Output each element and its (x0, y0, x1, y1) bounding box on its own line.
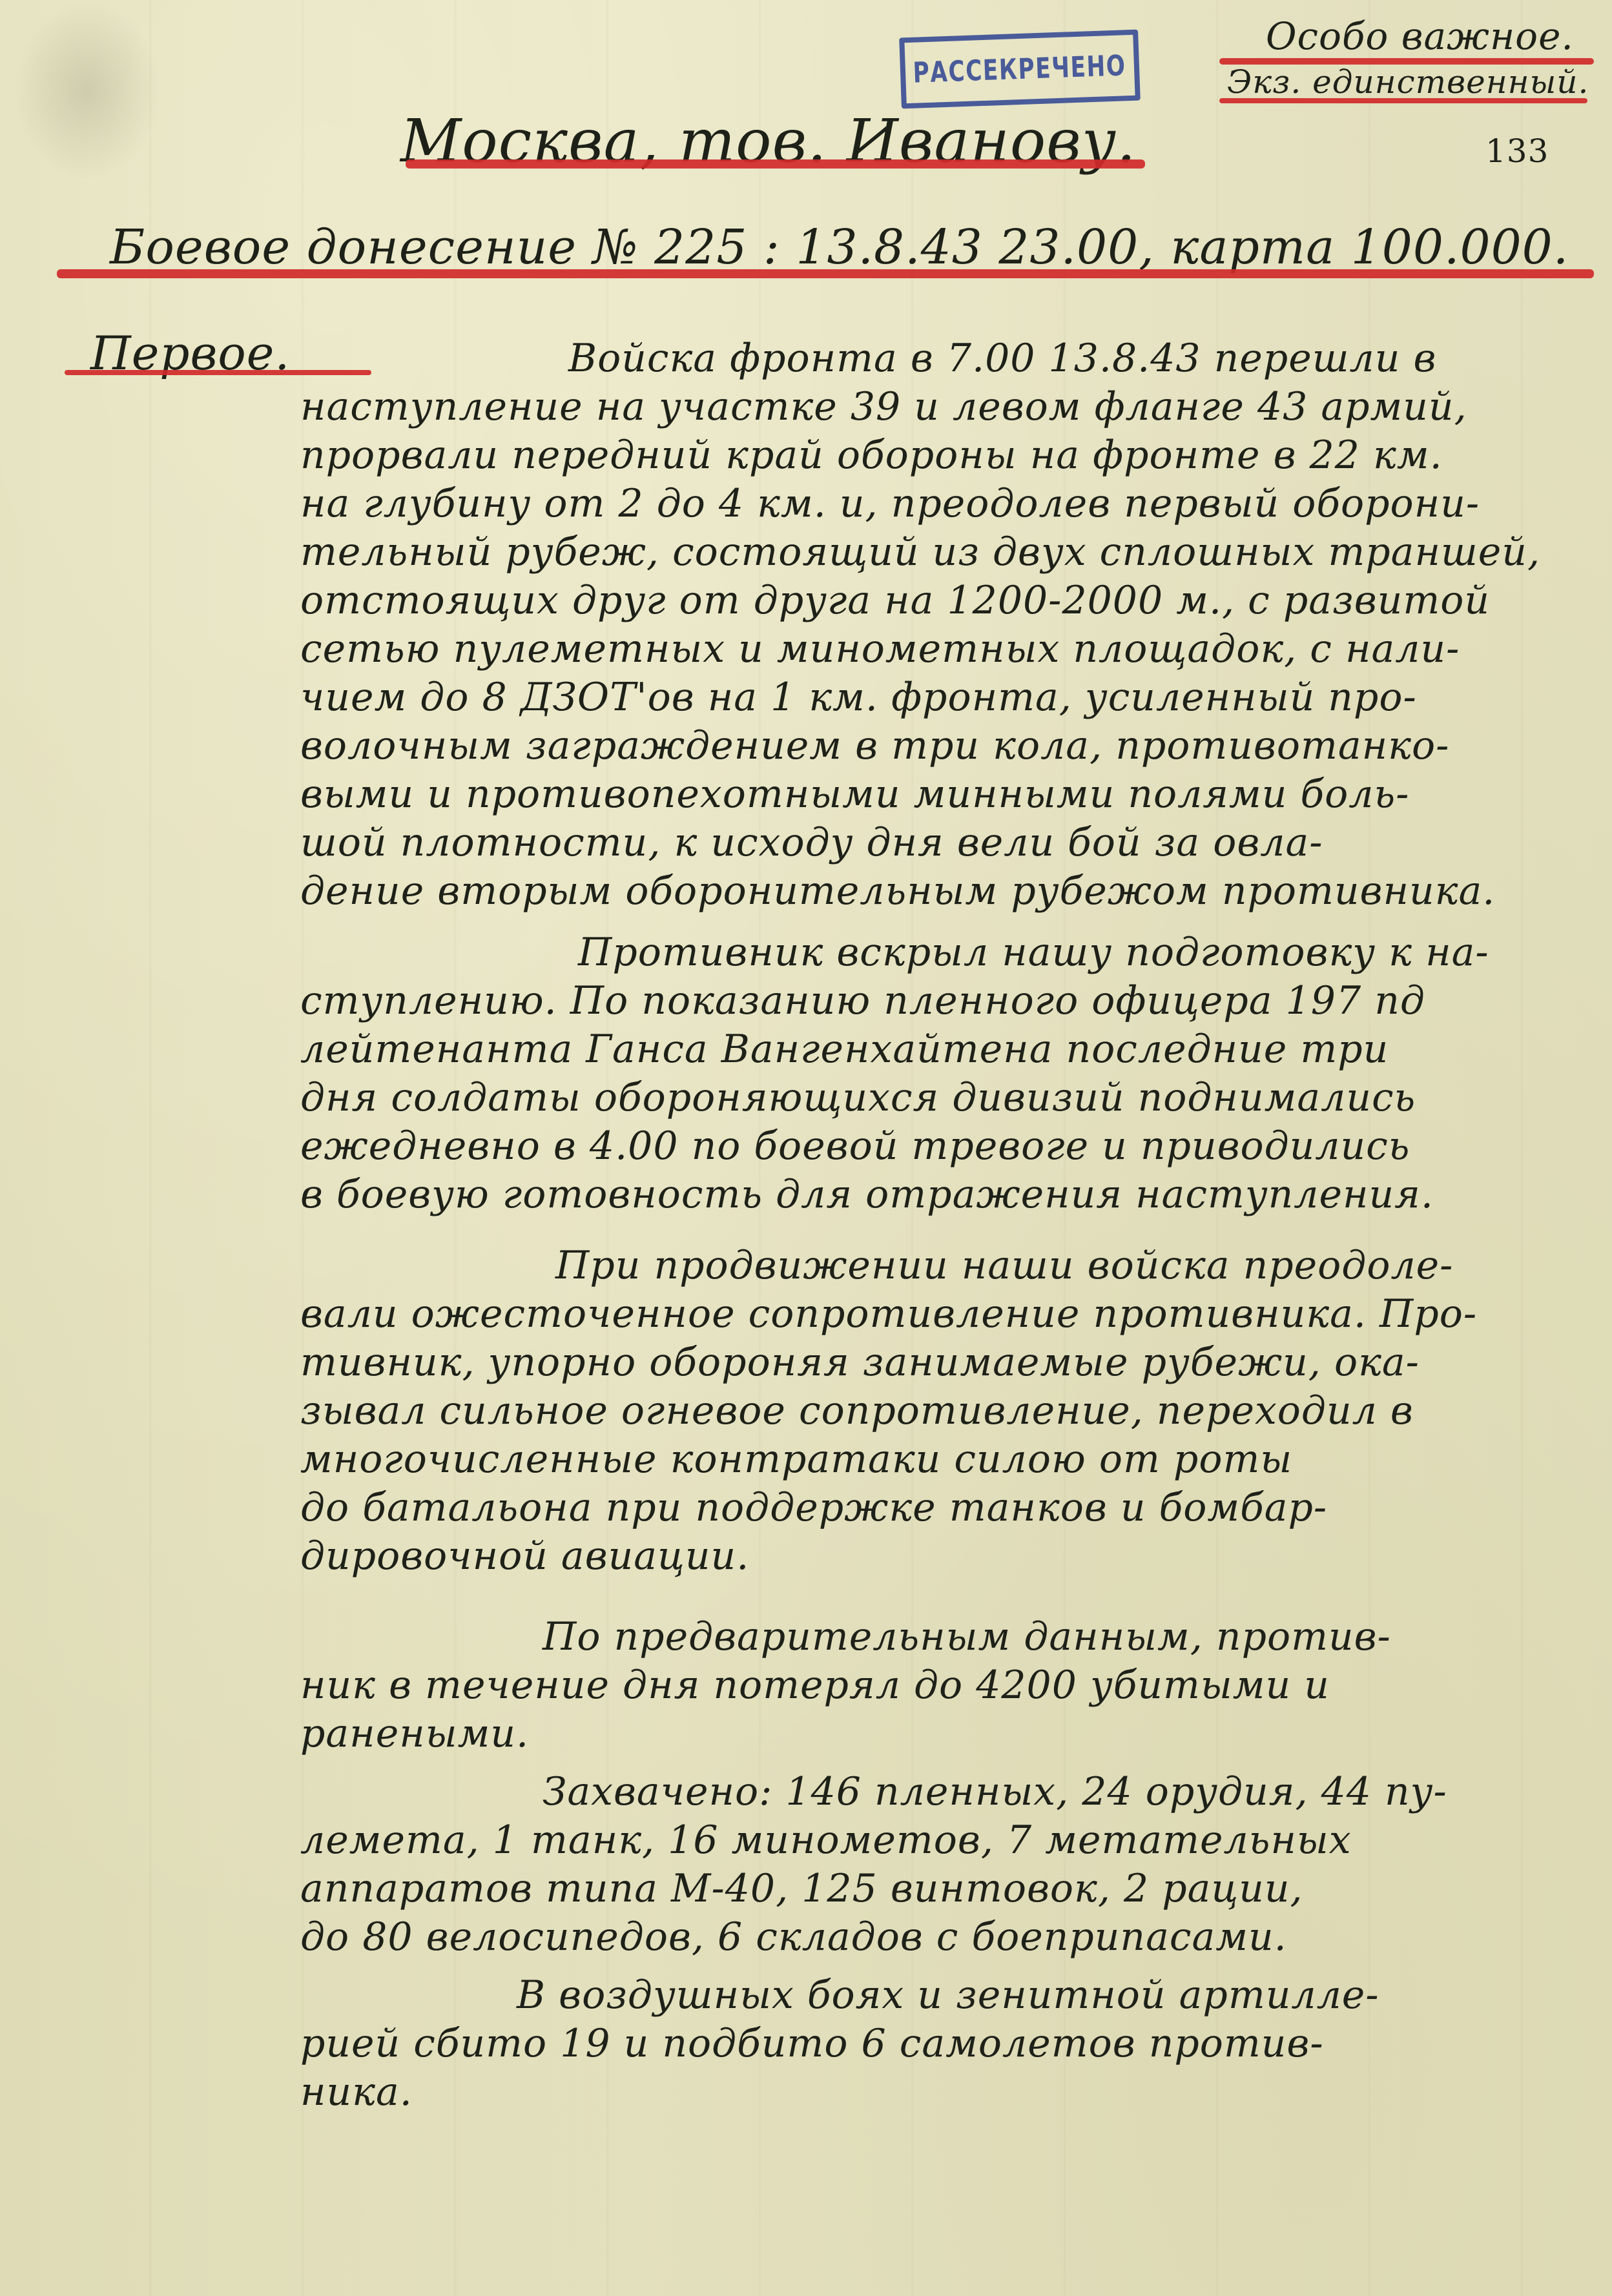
body-line: ступлению. По показанию пленного офицера… (300, 978, 1425, 1023)
body-line: наступление на участке 39 и левом фланге… (300, 384, 1467, 429)
body-line: вали ожесточенное сопротивление противни… (300, 1291, 1477, 1337)
body-line: ежедневно в 4.00 по боевой тревоге и при… (300, 1123, 1410, 1169)
body-line: Войска фронта в 7.00 13.8.43 перешли в (568, 336, 1436, 381)
body-line: до 80 велосипедов, 6 складов с боеприпас… (300, 1914, 1287, 1960)
body-line: сетью пулеметных и минометных площадок, … (300, 626, 1460, 671)
body-line: Захвачено: 146 пленных, 24 орудия, 44 пу… (542, 1769, 1447, 1814)
classification-label: Особо важное. (1266, 14, 1574, 58)
body-line: зывал сильное огневое сопротивление, пер… (300, 1388, 1414, 1433)
body-line: лемета, 1 танк, 16 минометов, 7 метатель… (300, 1818, 1352, 1863)
body-line: дение вторым оборонительным рубежом прот… (300, 868, 1495, 914)
body-line: выми и противопехотными минными полями б… (300, 772, 1409, 817)
body-line: рией сбито 19 и подбито 6 самолетов прот… (300, 2021, 1324, 2066)
body-line: тивник, упорно обороняя занимаемые рубеж… (300, 1340, 1420, 1385)
body-line: многочисленные контратаки силою от роты (300, 1437, 1292, 1482)
body-line: В воздушных боях и зенитной артилле- (517, 1973, 1379, 2018)
body-line: ранеными. (300, 1711, 529, 1756)
page-number: 133 (1485, 132, 1549, 170)
body-line: отстоящих друг от друга на 1200-2000 м.,… (300, 578, 1490, 623)
ink-smudge (13, 0, 161, 181)
body-line: ник в течение дня потерял до 4200 убитым… (300, 1663, 1330, 1708)
body-line: в боевую готовность для отражения наступ… (300, 1172, 1434, 1217)
body-line: чием до 8 ДЗОТ'ов на 1 км. фронта, усиле… (300, 675, 1417, 720)
body-line: дня солдаты обороняющихся дивизий подним… (300, 1075, 1416, 1120)
report-header-underline (57, 269, 1594, 278)
body-line: При продвижении наши войска преодоле- (555, 1243, 1453, 1288)
body-line: лейтенанта Ганса Вангенхайтена последние… (300, 1027, 1389, 1072)
body-line: По предварительным данным, против- (542, 1614, 1391, 1659)
body-line: шой плотности, к исходу дня вели бой за … (300, 820, 1323, 865)
copy-note: Экз. единственный. (1227, 63, 1589, 101)
body-line: Противник вскрыл нашу подготовку к на- (578, 930, 1489, 975)
report-header: Боевое донесение № 225 : 13.8.43 23.00, … (110, 220, 1569, 275)
body-line: ника. (300, 2069, 413, 2115)
body-line: дировочной авиации. (300, 1533, 749, 1579)
copy-note-underline (1219, 98, 1587, 103)
body-line: прорвали передний край обороны на фронте… (300, 433, 1443, 478)
body-line: волочным заграждением в три кола, против… (300, 723, 1449, 768)
body-line: аппаратов типа М-40, 125 винтовок, 2 рац… (300, 1866, 1303, 1911)
section-label-underline (65, 370, 371, 375)
body-line: на глубину от 2 до 4 км. и, преодолев пе… (300, 481, 1480, 526)
body-line: тельный рубеж, состоящий из двух сплошны… (300, 529, 1540, 575)
addressee-underline (406, 159, 1145, 169)
stamp-text: РАССЕКРЕЧЕНО (913, 49, 1127, 89)
body-line: до батальона при поддержке танков и бомб… (300, 1485, 1327, 1530)
declassified-stamp: РАССЕКРЕЧЕНО (899, 30, 1141, 109)
